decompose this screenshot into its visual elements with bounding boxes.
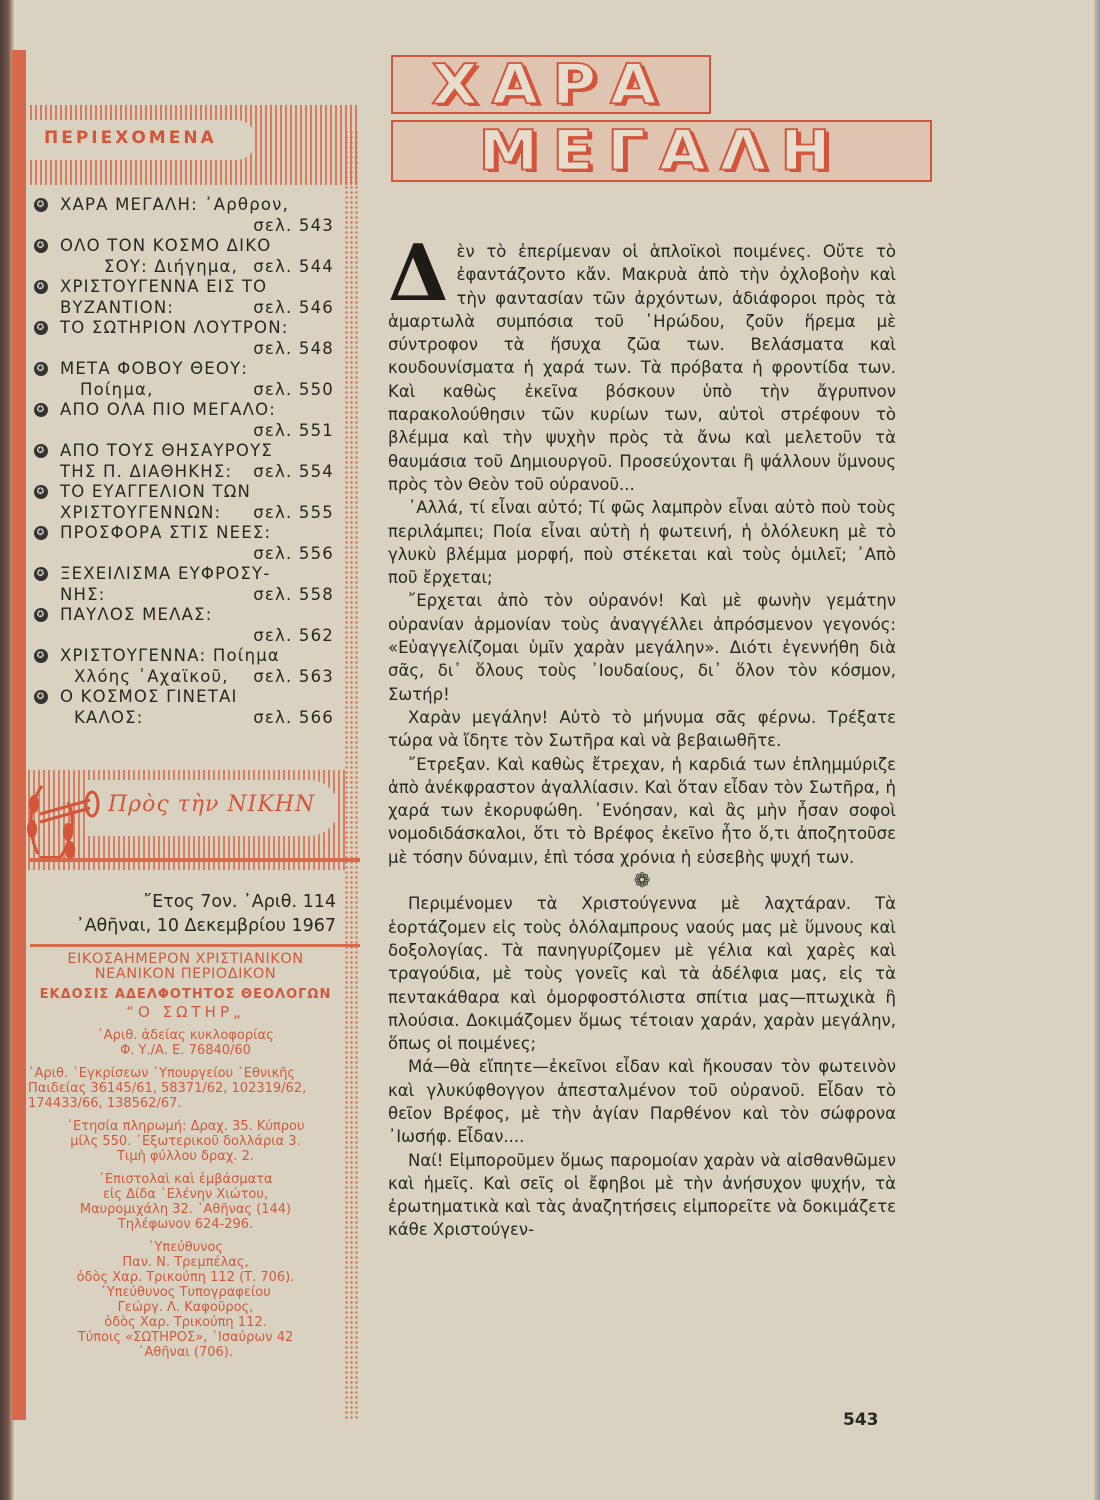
paragraph: Μά—θὰ εἴπητε—ἐκεῖνοι εἶδαν καὶ ἤκουσαν τ…	[388, 1055, 896, 1148]
red-border-bar	[12, 50, 26, 1420]
toc-item[interactable]: ✪ ΟΛΟ ΤΟΝ ΚΟΣΜΟ ΔΙΚΟ ΣΟΥ: Διήγημα,σελ. 5…	[34, 236, 334, 277]
flower-ornament-icon: ❁	[388, 869, 896, 892]
star-bullet-icon: ✪	[34, 321, 48, 335]
toc-item[interactable]: ✪ ΧΡΙΣΤΟΥΓΕΝΝΑ: Ποίημα Χλόης ᾿Αχαϊκοῦ,σε…	[34, 646, 334, 687]
page-edge	[1094, 0, 1100, 1500]
trumpet-laurel-icon	[20, 774, 100, 866]
publisher: ΕΚΔΟΣΙΣ ΑΔΕΛΦΟΤΗΤΟΣ ΘΕΟΛΟΓΩΝ	[28, 987, 343, 1002]
toc-heading: ΠΕΡΙΕΧΟΜΕΝΑ	[44, 128, 217, 148]
title-box-line1: ΧΑΡΑ	[391, 55, 711, 114]
paragraph: Περιμένομεν τὰ Χριστούγεννα μὲ λαχτάραν.…	[388, 892, 896, 1055]
table-of-contents: ✪ ΧΑΡΑ ΜΕΓΑΛΗ: ᾿Αρθρον, σελ. 543 ✪ ΟΛΟ Τ…	[34, 195, 334, 728]
issue-info: ῎Ετος 7ον. ᾿Αριθ. 114 ᾿Αθῆναι, 10 Δεκεμβ…	[30, 890, 336, 938]
toc-page: σελ. 544	[253, 257, 334, 278]
toc-page: σελ. 556	[253, 544, 334, 565]
article-body: Δὲν τὸ ἐπερίμεναν οἱ ἁπλοϊκοὶ ποιμένες. …	[388, 240, 896, 1242]
star-bullet-icon: ✪	[34, 485, 48, 499]
toc-item[interactable]: ✪ ΑΠΟ ΤΟΥΣ ΘΗΣΑΥΡΟΥΣ ΤΗΣ Π. ΔΙΑΘΗΚΗΣ:σελ…	[34, 441, 334, 482]
article-title: ΜΕΓΑΛΗ	[478, 119, 844, 183]
star-bullet-icon: ✪	[34, 280, 48, 294]
star-bullet-icon: ✪	[34, 608, 48, 622]
toc-item[interactable]: ✪ ΜΕΤΑ ΦΟΒΟΥ ΘΕΟΥ: Ποίημα,σελ. 550	[34, 359, 334, 400]
star-bullet-icon: ✪	[34, 362, 48, 376]
paragraph: Δὲν τὸ ἐπερίμεναν οἱ ἁπλοϊκοὶ ποιμένες. …	[388, 240, 896, 496]
toc-item[interactable]: ✪ Ο ΚΟΣΜΟΣ ΓΙΝΕΤΑΙ ΚΑΛΟΣ:σελ. 566	[34, 687, 334, 728]
toc-item[interactable]: ✪ ΧΑΡΑ ΜΕΓΑΛΗ: ᾿Αρθρον, σελ. 543	[34, 195, 334, 236]
paragraph: ῎Ετρεξαν. Καὶ καθὼς ἔτρεχαν, ἡ καρδιά τω…	[388, 753, 896, 869]
toc-page: σελ. 555	[253, 503, 334, 524]
title-box-line2: ΜΕΓΑΛΗ	[391, 120, 932, 182]
issue-date: ᾿Αθῆναι, 10 Δεκεμβρίου 1967	[30, 914, 336, 938]
page-number: 543	[843, 1410, 879, 1430]
toc-item[interactable]: ✪ ΧΡΙΣΤΟΥΓΕΝΝΑ ΕΙΣ ΤΟ ΒΥΖΑΝΤΙΟΝ:σελ. 546	[34, 277, 334, 318]
colophon: ΕΙΚΟΣΑΗΜΕΡΟΝ ΧΡΙΣΤΙΑΝΙΚΟΝ ΝΕΑΝΙΚΟΝ ΠΕΡΙΟ…	[28, 952, 343, 1368]
star-bullet-icon: ✪	[34, 444, 48, 458]
star-bullet-icon: ✪	[34, 567, 48, 581]
toc-page: σελ. 546	[253, 298, 334, 319]
toc-item[interactable]: ✪ ΠΑΥΛΟΣ ΜΕΛΑΣ: σελ. 562	[34, 605, 334, 646]
toc-item[interactable]: ✪ ΑΠΟ ΟΛΑ ΠΙΟ ΜΕΓΑΛΟ: σελ. 551	[34, 400, 334, 441]
star-bullet-icon: ✪	[34, 649, 48, 663]
toc-item[interactable]: ✪ ΠΡΟΣΦΟΡΑ ΣΤΙΣ ΝΕΕΣ: σελ. 556	[34, 523, 334, 564]
nike-banner: Πρὸς τὴν ΝΙΚΗΝ	[18, 770, 348, 870]
banner-text: Πρὸς τὴν ΝΙΚΗΝ	[108, 792, 315, 817]
toc-page: σελ. 548	[253, 339, 334, 360]
paragraph: ῎Ερχεται ἀπὸ τὸν οὐρανόν! Καὶ μὲ φωνὴν γ…	[388, 589, 896, 705]
paragraph: Ναί! Εἰμποροῦμεν ὅμως παρομοίαν χαρὰν νὰ…	[388, 1149, 896, 1242]
toc-page: σελ. 562	[253, 626, 334, 647]
star-bullet-icon: ✪	[34, 198, 48, 212]
paragraph: Χαρὰν μεγάλην! Αὐτὸ τὸ μήνυμα σᾶς φέρνω.…	[388, 706, 896, 753]
toc-page: σελ. 563	[253, 667, 334, 688]
toc-page: σελ. 543	[253, 216, 334, 237]
star-bullet-icon: ✪	[34, 690, 48, 704]
toc-page: σελ. 566	[253, 708, 334, 729]
issue-number: ῎Ετος 7ον. ᾿Αριθ. 114	[30, 890, 336, 914]
star-bullet-icon: ✪	[34, 239, 48, 253]
drop-cap: Δ	[388, 244, 449, 304]
paragraph: ᾿Αλλά, τί εἶναι αὐτό; Τί φῶς λαμπρὸν εἶν…	[388, 496, 896, 589]
article-title: ΧΑΡΑ	[431, 52, 670, 116]
divider	[30, 858, 360, 862]
toc-page: σελ. 554	[253, 462, 334, 483]
star-bullet-icon: ✪	[34, 403, 48, 417]
toc-item[interactable]: ✪ ΞΕΧΕΙΛΙΣΜΑ ΕΥΦΡΟΣΥ- ΝΗΣ:σελ. 558	[34, 564, 334, 605]
star-bullet-icon: ✪	[34, 526, 48, 540]
toc-item[interactable]: ✪ ΤΟ ΣΩΤΗΡΙΟΝ ΛΟΥΤΡΟΝ: σελ. 548	[34, 318, 334, 359]
toc-item[interactable]: ✪ ΤΟ ΕΥΑΓΓΕΛΙΟΝ ΤΩΝ ΧΡΙΣΤΟΥΓΕΝΝΩΝ:σελ. 5…	[34, 482, 334, 523]
toc-page: σελ. 558	[253, 585, 334, 606]
publication-name: “Ο ΣΩΤΗΡ„	[28, 1005, 343, 1020]
divider	[30, 944, 360, 947]
toc-page: σελ. 551	[253, 421, 334, 442]
toc-page: σελ. 550	[253, 380, 334, 401]
